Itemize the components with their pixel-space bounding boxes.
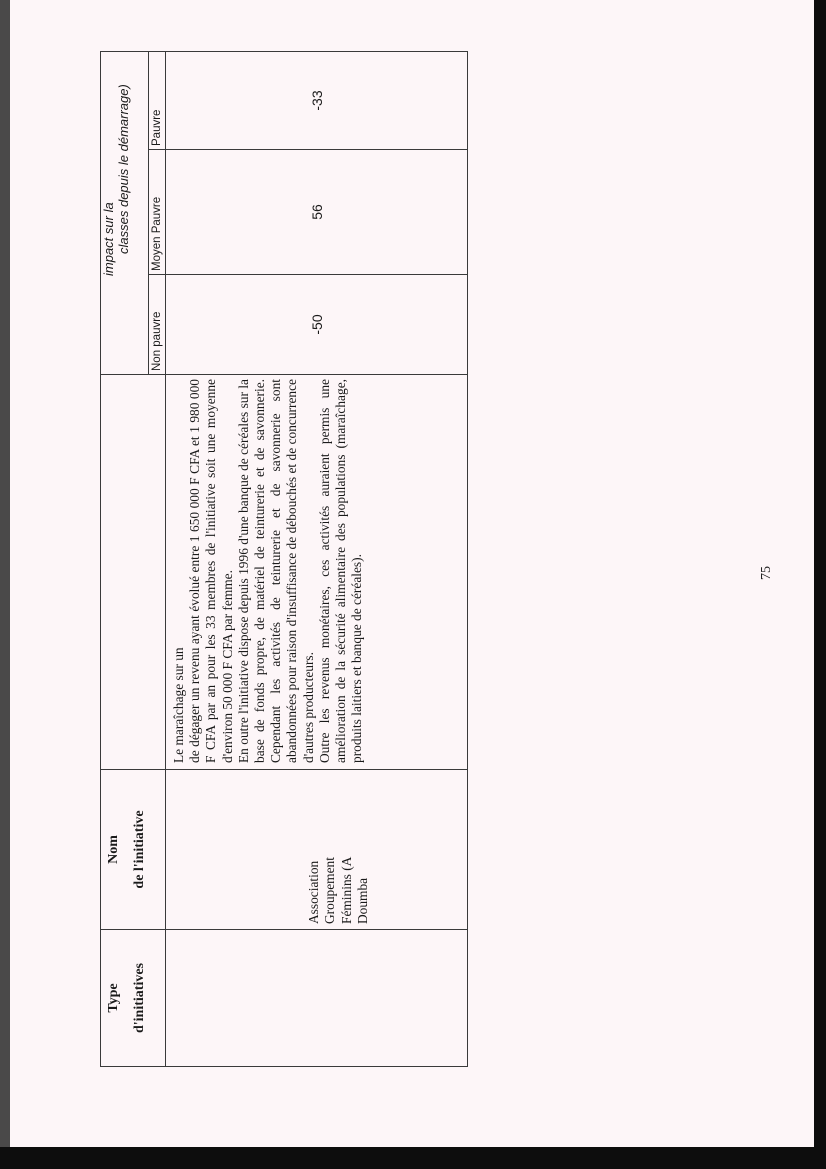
header-impact-line2: classes depuis le démarrage) — [116, 52, 131, 276]
header-nom-line1: Nom — [101, 770, 127, 929]
subheader-non-pauvre: Non pauvre — [149, 275, 166, 375]
initiatives-table: Type d'initiatives Nom de l'initiative i… — [100, 51, 468, 1067]
nom-line: Doumba — [355, 770, 371, 924]
description-paragraph: de dégager un revenu ayant évolué entre … — [187, 379, 236, 763]
header-impact: impact sur la classes depuis le démarrag… — [101, 52, 149, 375]
cell-impact-moyen-pauvre: 56 — [166, 150, 468, 275]
page-number: 75 — [759, 566, 775, 580]
subheader-moyen-pauvre: Moyen Pauvre — [149, 150, 166, 275]
scan-bottom-edge — [0, 1147, 826, 1169]
header-type: Type d'initiatives — [101, 930, 166, 1067]
table-row: Association Groupement Féminins (A Doumb… — [166, 52, 468, 1067]
header-type-line1: Type — [101, 930, 127, 1066]
rotated-table-frame: Type d'initiatives Nom de l'initiative i… — [100, 52, 468, 1067]
header-description — [101, 375, 166, 770]
cell-description: Le maraîchage sur un de dégager un reven… — [166, 375, 468, 770]
cell-impact-non-pauvre: -50 — [166, 275, 468, 375]
scan-right-edge — [814, 0, 826, 1169]
cell-type — [166, 930, 468, 1067]
header-nom: Nom de l'initiative — [101, 770, 166, 930]
header-type-line2: d'initiatives — [127, 930, 153, 1066]
description-paragraph: En outre l'initiative dispose depuis 199… — [236, 379, 317, 763]
header-impact-line1: impact sur la — [101, 52, 116, 276]
description-paragraph: Le maraîchage sur un — [171, 379, 187, 763]
scan-left-edge — [0, 0, 10, 1169]
cell-nom: Association Groupement Féminins (A Doumb… — [166, 770, 468, 930]
subheader-pauvre: Pauvre — [149, 52, 166, 150]
nom-line: Groupement — [322, 770, 338, 924]
cell-impact-pauvre: -33 — [166, 52, 468, 150]
nom-line: Association — [306, 770, 322, 924]
nom-line: Féminins (A — [339, 770, 355, 924]
header-nom-line2: de l'initiative — [127, 770, 153, 929]
description-paragraph: Outre les revenus monétaires, ces activi… — [317, 379, 366, 763]
